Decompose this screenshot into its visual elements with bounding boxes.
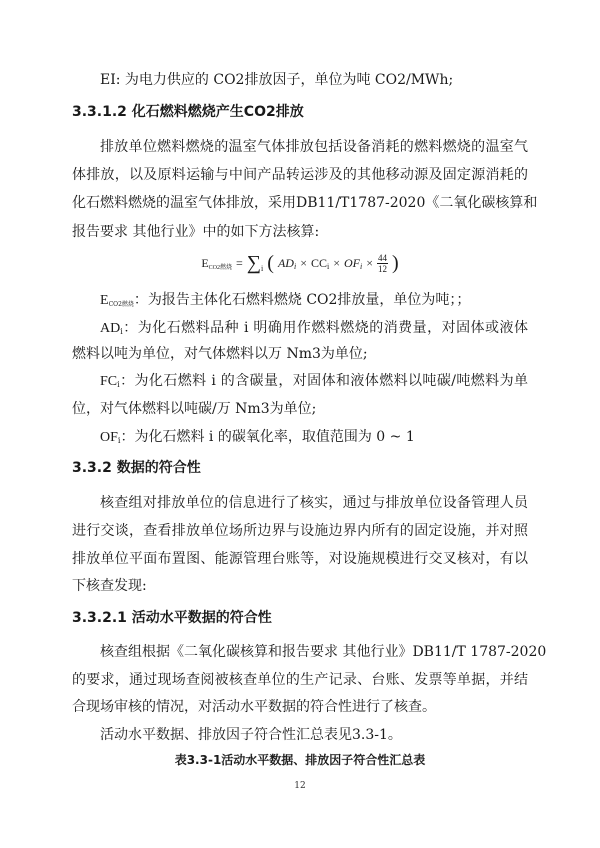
formula-equals: = xyxy=(236,256,243,271)
paragraph-line: 合现场审核的情况，对活动水平数据的符合性进行了核查。 xyxy=(72,697,528,717)
paragraph-line: 活动水平数据、排放因子符合性汇总表见3.3-1。 xyxy=(72,725,528,745)
formula-of: OFi xyxy=(344,256,362,271)
formula-lhs: ECO2燃烧 xyxy=(201,256,232,271)
formula-times: × xyxy=(366,256,373,271)
of-definition: OFi：为化石燃料 i 的碳氧化率，取值范围为 0 ~ 1 xyxy=(72,427,528,447)
summation-icon: ∑i xyxy=(247,253,264,273)
document-page: EI: 为电力供应的 CO2排放因子，单位为吨 CO2/MWh; 3.3.1.2… xyxy=(0,0,600,848)
ad-symbol: AD xyxy=(100,321,120,336)
formula-cc: CCi xyxy=(311,256,329,271)
formula-ad: ADi xyxy=(278,256,296,271)
of-text: ：为化石燃料 i 的碳氧化率，取值范围为 0 ~ 1 xyxy=(120,429,414,445)
eco2-definition: ECO2燃烧：为报告主体化石燃料燃烧 CO2排放量，单位为吨；； xyxy=(72,290,528,310)
fc-symbol: FC xyxy=(100,374,117,389)
paragraph-line: 下核查发现: xyxy=(72,576,528,596)
paragraph-line: 排放单位平面布置图、能源管理台账等，对设施规模进行交叉核对，有以 xyxy=(72,549,528,569)
paragraph-line: 报告要求 其他行业》中的如下方法核算: xyxy=(72,222,528,242)
paragraph-line: 进行交谈，查看排放单位场所边界与设施边界内所有的固定设施，并对照 xyxy=(72,521,528,541)
fc-text: ：为化石燃料 i 的含碳量，对固体和液体燃料以吨碳/吨燃料为单 xyxy=(120,373,528,389)
section-heading-332: 3.3.2 数据的符合性 xyxy=(72,458,528,478)
formula-times: × xyxy=(300,256,307,271)
section-heading-3312: 3.3.1.2 化石燃料燃烧产生CO2排放 xyxy=(72,102,528,122)
paragraph-line: 的要求，通过现场查阅被核查单位的生产记录、台账、发票等单据，并结 xyxy=(72,670,528,690)
ad-definition: ADi：为化石燃料品种 i 明确用作燃料燃烧的消费量，对固体或液体 xyxy=(72,318,528,338)
fraction-denominator: 12 xyxy=(378,264,387,274)
paragraph-line: 化石燃料燃烧的温室气体排放，采用DB11/T1787-2020《二氧化碳核算和 xyxy=(72,193,528,213)
of-symbol: OF xyxy=(100,430,118,445)
paragraph-line: 核查组根据《二氧化碳核算和报告要求 其他行业》DB11/T 1787-2020 xyxy=(72,642,528,662)
formula-close-paren: ) xyxy=(392,253,399,273)
fc-definition: FCi：为化石燃料 i 的含碳量，对固体和液体燃料以吨碳/吨燃料为单 xyxy=(72,371,528,391)
paragraph-line: 燃料以吨为单位，对气体燃料以万 Nm3为单位; xyxy=(72,344,528,364)
ei-definition: EI: 为电力供应的 CO2排放因子，单位为吨 CO2/MWh; xyxy=(72,70,528,90)
fraction-numerator: 44 xyxy=(377,253,388,264)
paragraph-line: 体排放，以及原料运输与中间产品转运涉及的其他移动源及固定源消耗的 xyxy=(72,165,528,185)
paragraph-line: 核查组对排放单位的信息进行了核实，通过与排放单位设备管理人员 xyxy=(72,493,528,513)
table-caption: 表3.3-1活动水平数据、排放因子符合性汇总表 xyxy=(72,750,528,770)
paragraph-line: 排放单位燃料燃烧的温室气体排放包括设备消耗的燃料燃烧的温室气 xyxy=(72,137,528,157)
eco2-symbol: E xyxy=(100,293,109,308)
formula-open-paren: ( xyxy=(267,253,274,273)
emission-formula: ECO2燃烧 = ∑i ( ADi × CCi × OFi × 44 12 ) xyxy=(0,248,600,278)
ad-text: ：为化石燃料品种 i 明确用作燃料燃烧的消费量，对固体或液体 xyxy=(123,320,528,336)
formula-fraction: 44 12 xyxy=(377,253,388,274)
formula-times: × xyxy=(333,256,340,271)
ei-definition-text: EI: 为电力供应的 CO2排放因子，单位为吨 CO2/MWh; xyxy=(100,72,453,88)
section-heading-3321: 3.3.2.1 活动水平数据的符合性 xyxy=(72,608,528,628)
eco2-text: ：为报告主体化石燃料燃烧 CO2排放量，单位为吨；； xyxy=(134,292,471,308)
eco2-subscript: CO2燃烧 xyxy=(109,301,134,308)
paragraph-line: 位，对气体燃料以吨碳/万 Nm3为单位; xyxy=(72,399,528,419)
page-number: 12 xyxy=(0,776,600,796)
